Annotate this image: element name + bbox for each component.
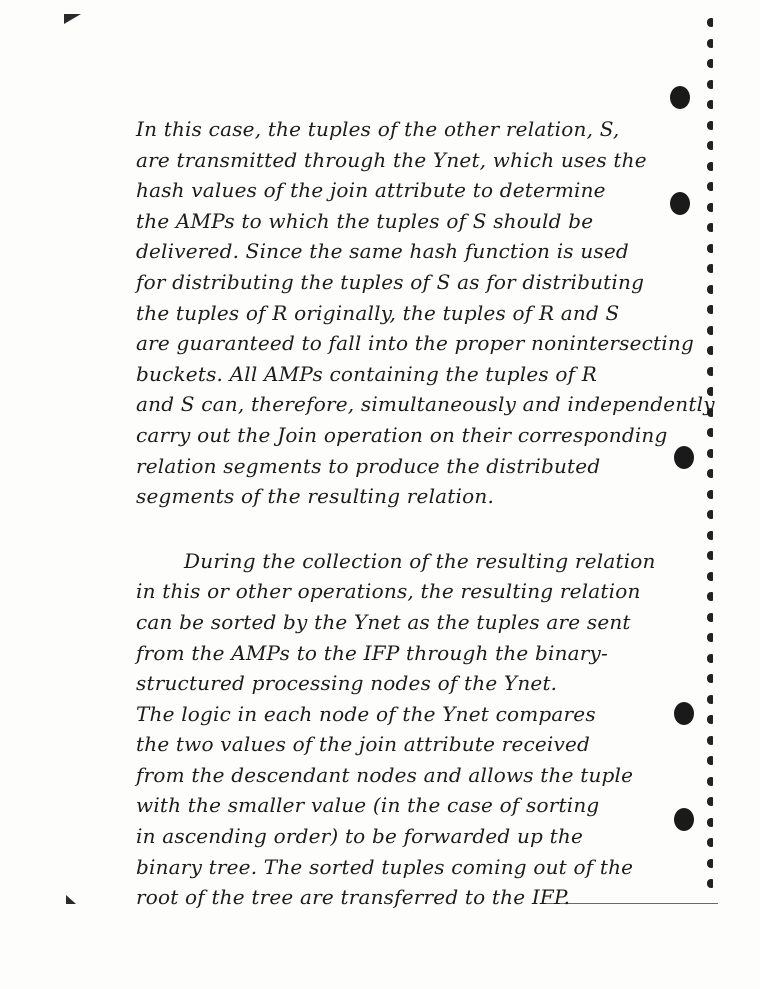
text-line: in ascending order) to be forwarded up t… (136, 821, 716, 852)
perforation-mark (707, 59, 713, 68)
text-line: In this case, the tuples of the other re… (136, 114, 716, 145)
text-line: are transmitted through the Ynet, which … (136, 145, 716, 176)
scan-corner-mark-bottom-left (66, 895, 76, 904)
text-line: the two values of the join attribute rec… (136, 729, 716, 760)
binder-hole (670, 86, 690, 109)
text-line: structured processing nodes of the Ynet. (136, 668, 716, 699)
text-line: from the AMPs to the IFP through the bin… (136, 638, 716, 669)
text-line: buckets. All AMPs containing the tuples … (136, 359, 716, 390)
paragraph-1: In this case, the tuples of the other re… (136, 114, 716, 512)
text-line: and S can, therefore, simultaneously and… (136, 389, 716, 420)
text-line: carry out the Join operation on their co… (136, 420, 716, 451)
text-line: can be sorted by the Ynet as the tuples … (136, 607, 716, 638)
scan-corner-mark-top-left (64, 14, 81, 24)
paragraph-3: The logic in each node of the Ynet compa… (136, 699, 716, 913)
text-line: are guaranteed to fall into the proper n… (136, 328, 716, 359)
text-line: binary tree. The sorted tuples coming ou… (136, 852, 716, 883)
text-line: the tuples of R originally, the tuples o… (136, 298, 716, 329)
text-line: hash values of the join attribute to det… (136, 175, 716, 206)
handwritten-body-text: In this case, the tuples of the other re… (136, 114, 716, 913)
text-line: During the collection of the resulting r… (136, 546, 716, 577)
text-line: with the smaller value (in the case of s… (136, 790, 716, 821)
text-line: relation segments to produce the distrib… (136, 451, 716, 482)
text-line: The logic in each node of the Ynet compa… (136, 699, 716, 730)
text-line: root of the tree are transferred to the … (136, 882, 716, 913)
text-line: delivered. Since the same hash function … (136, 236, 716, 267)
text-line: in this or other operations, the resulti… (136, 576, 716, 607)
text-line: segments of the resulting relation. (136, 481, 716, 512)
perforation-mark (707, 18, 713, 27)
text-line: for distributing the tuples of S as for … (136, 267, 716, 298)
text-line: from the descendant nodes and allows the… (136, 760, 716, 791)
perforation-mark (707, 100, 713, 109)
text-line: the AMPs to which the tuples of S should… (136, 206, 716, 237)
perforation-mark (707, 80, 713, 89)
scanned-page: In this case, the tuples of the other re… (0, 0, 760, 989)
paragraph-2: During the collection of the resulting r… (136, 546, 716, 699)
perforation-mark (707, 39, 713, 48)
